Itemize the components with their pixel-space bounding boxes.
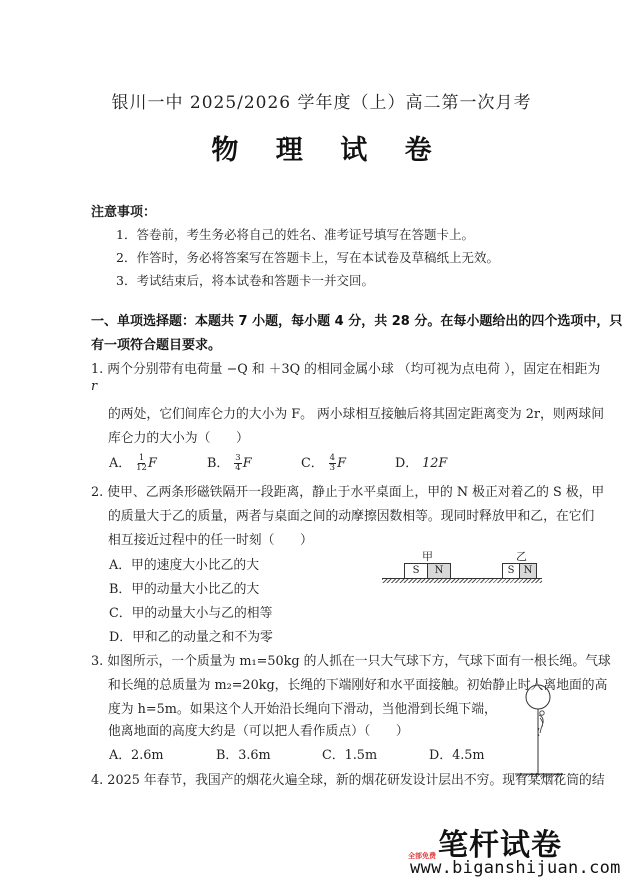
question-text: 如图所示，一个质量为 m₁=50kg 的人抓在一只大气球下方，气球下面有一根长绳… [107, 654, 610, 669]
question-text: 2025 年春节，我国产的烟花火遍全球，新的烟花研发设计层出不穷。现有某烟花筒的… [107, 773, 604, 788]
question-2-line-3: 相互接近过程中的任一时刻（ ） [108, 529, 313, 548]
option-d[interactable]: D．甲和乙的动量之和不为零 [109, 626, 273, 645]
magnet-jia-label: 甲 [422, 548, 433, 564]
option-c[interactable]: C． 43F [301, 452, 346, 473]
question-1-line-1: 1. 两个分别带有电荷量 −Q 和 ＋3Q 的相同金属小球 （均可视为点电荷 ）… [91, 358, 600, 377]
question-number: 4. [91, 773, 103, 788]
page-title: 物 理 试 卷 [0, 128, 643, 167]
section-heading-line-1: 一、单项选择题：本题共 7 小题，每小题 4 分，共 28 分。在每小题给出的四… [91, 310, 622, 329]
south-pole: S [405, 564, 428, 578]
option-a[interactable]: A． 112F [109, 452, 157, 473]
option-c[interactable]: C．1.5m [322, 744, 377, 763]
question-1-line-3: 的两处，它们间库仑力的大小为 F。 两小球相互接触后将其固定距离变为 2r，则两… [108, 403, 604, 422]
notice-heading: 注意事项： [91, 201, 156, 220]
question-3-line-1: 3. 如图所示，一个质量为 m₁=50kg 的人抓在一只大气球下方，气球下面有一… [91, 650, 611, 669]
option-b[interactable]: B． 34F [207, 452, 252, 473]
question-number: 1. [91, 362, 103, 377]
question-1-line-2: r [91, 379, 97, 394]
question-4-line-1: 4. 2025 年春节，我国产的烟花火遍全球，新的烟花研发设计层出不穷。现有某烟… [91, 769, 605, 788]
notice-item-2: 2．作答时，务必将答案写在答题卡上，写在本试卷及草稿纸上无效。 [116, 248, 499, 266]
section-heading-line-2: 有一项符合题目要求。 [91, 334, 221, 353]
magnet-yi-label: 乙 [516, 548, 527, 564]
option-d[interactable]: D． 12F [395, 452, 447, 471]
question-text: 两个分别带有电荷量 −Q 和 ＋3Q 的相同金属小球 （均可视为点电荷 ），固定… [107, 362, 600, 377]
option-c[interactable]: C．甲的动量大小与乙的相等 [109, 602, 272, 621]
option-b[interactable]: B．甲的动量大小比乙的大 [109, 578, 259, 597]
question-2-line-2: 的质量大于乙的质量，两者与桌面之间的动摩擦因数相等。现同时释放甲和乙，在它们 [108, 505, 594, 524]
question-number: 2. [91, 485, 103, 500]
option-d[interactable]: D．4.5m [429, 744, 485, 763]
question-3-line-4: 他离地面的高度大约是（可以把人看作质点）（ ） [108, 720, 409, 739]
fraction: 43 [329, 454, 336, 473]
exam-header-line: 银川一中 2025/2026 学年度（上）高二第一次月考 [0, 88, 643, 113]
south-pole: S [503, 564, 520, 578]
exam-page: 银川一中 2025/2026 学年度（上）高二第一次月考 物 理 试 卷 注意事… [0, 0, 643, 886]
fraction: 34 [234, 454, 241, 473]
north-pole: N [428, 564, 450, 578]
ground-hatch [382, 579, 542, 583]
option-a[interactable]: A．甲的速度大小比乙的大 [109, 554, 259, 573]
question-number: 3. [91, 654, 103, 669]
option-b[interactable]: B．3.6m [216, 744, 271, 763]
watermark-url: www.biganshijuan.com [410, 858, 621, 878]
question-text: 使甲、乙两条形磁铁隔开一段距离，静止于水平桌面上，甲的 N 极正对着乙的 S 极… [107, 485, 604, 500]
magnet-yi: S N [502, 563, 537, 579]
question-3-line-3: 度为 h=5m。如果这个人开始沿长绳向下滑动，当他滑到长绳下端， [108, 698, 497, 717]
question-1-line-4: 库仑力的大小为（ ） [108, 427, 249, 446]
notice-item-3: 3．考试结束后，将本试卷和答题卡一并交回。 [116, 271, 374, 289]
question-2-line-1: 2. 使甲、乙两条形磁铁隔开一段距离，静止于水平桌面上，甲的 N 极正对着乙的 … [91, 481, 604, 500]
fraction: 112 [136, 454, 147, 473]
north-pole: N [520, 564, 536, 578]
magnet-diagram: 甲 乙 S N S N [382, 548, 542, 584]
option-a[interactable]: A．2.6m [109, 744, 164, 763]
notice-item-1: 1．答卷前，考生务必将自己的姓名、准考证号填写在答题卡上。 [116, 225, 474, 243]
magnet-jia: S N [404, 563, 451, 579]
